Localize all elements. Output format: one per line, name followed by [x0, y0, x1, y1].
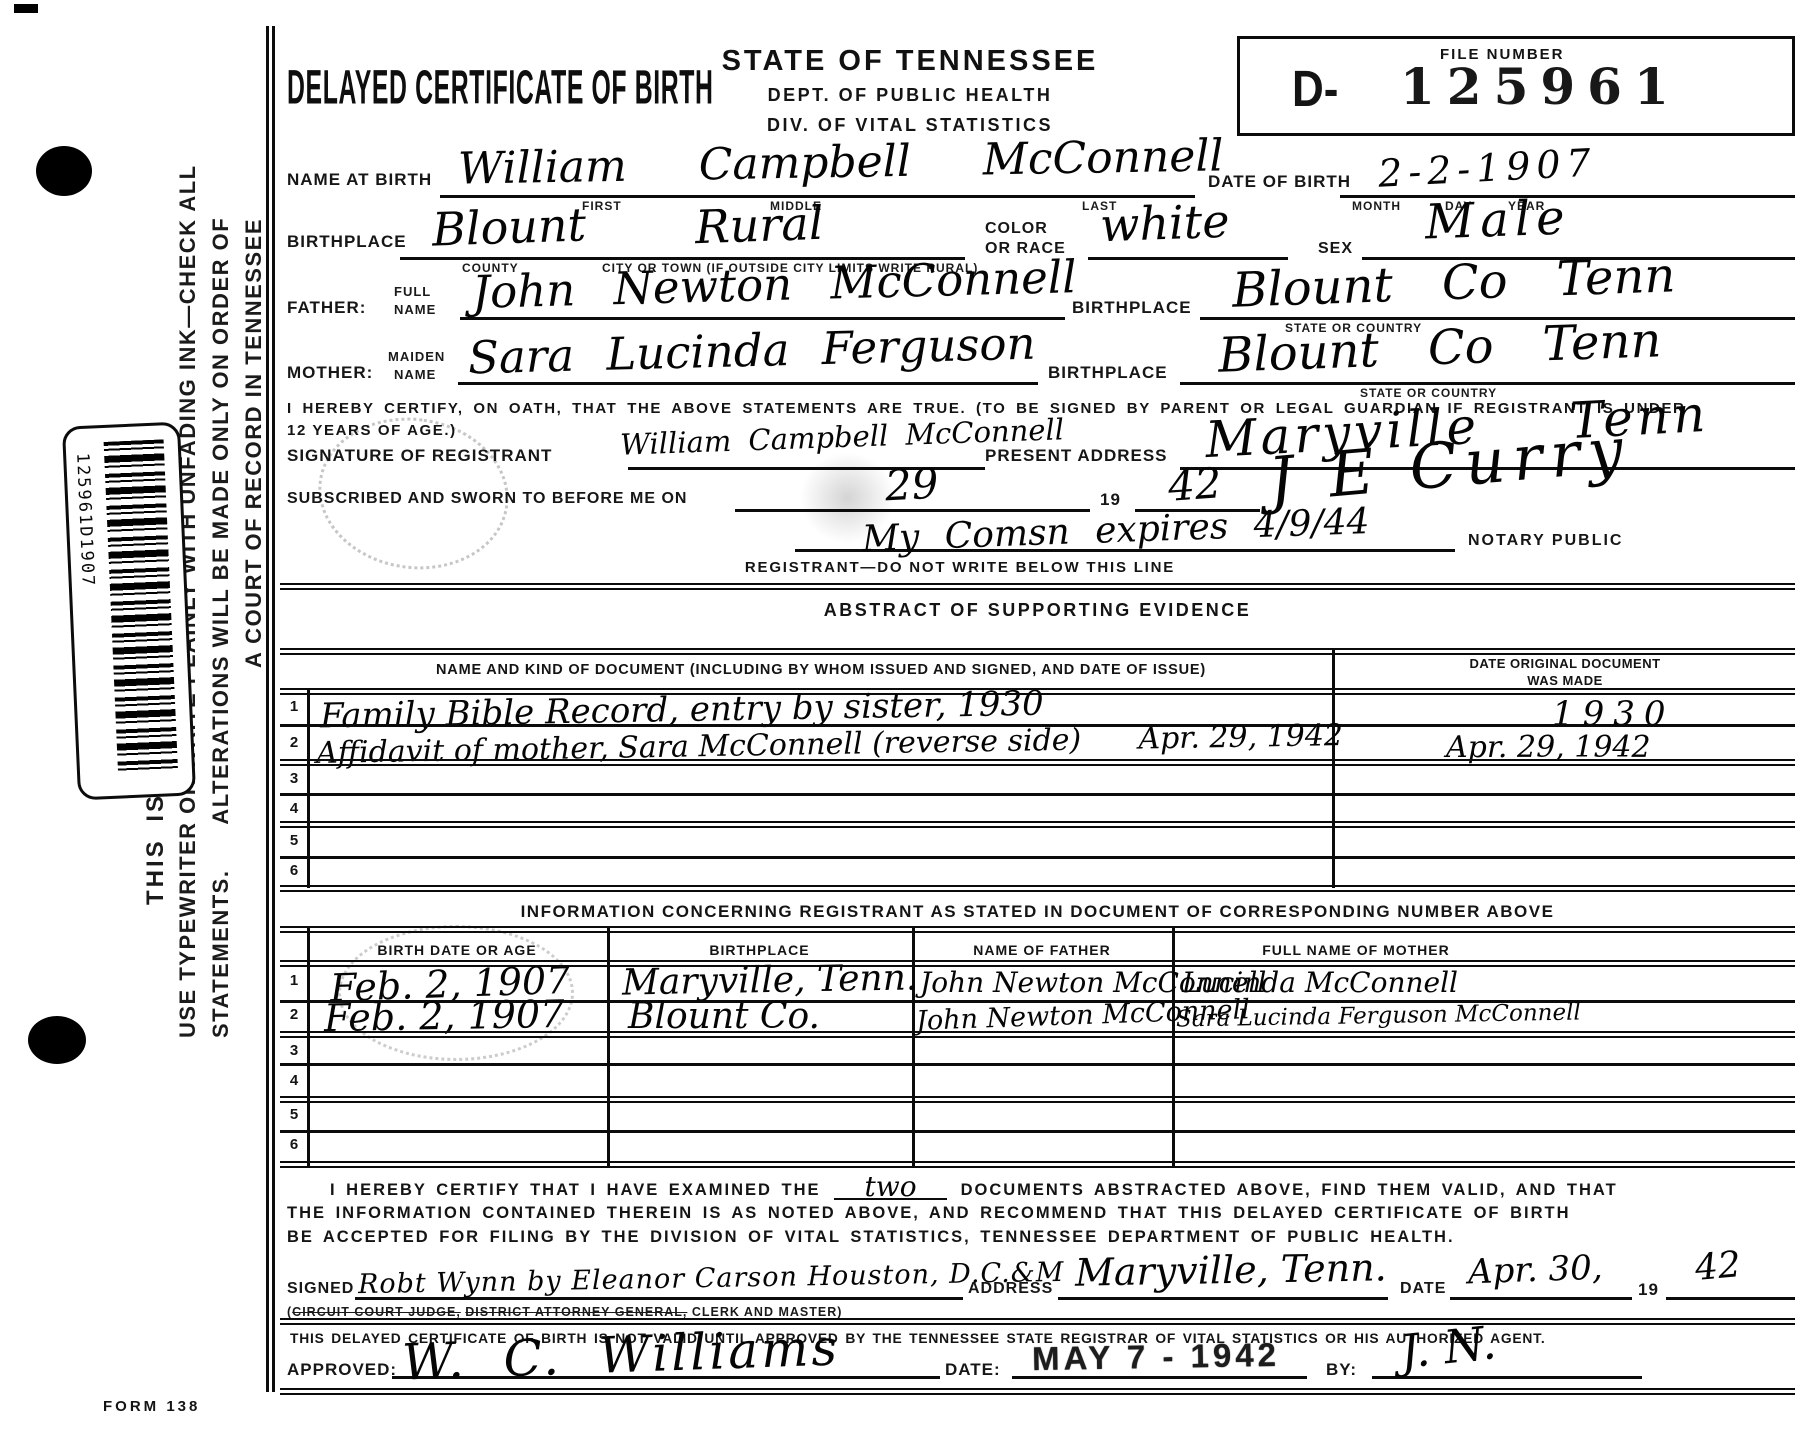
information-title: INFORMATION CONCERNING REGISTRANT AS STA…: [280, 902, 1795, 922]
signed-label: SIGNED: [287, 1280, 354, 1298]
form-number: FORM 138: [103, 1398, 200, 1415]
sworn-label: SUBSCRIBED AND SWORN TO BEFORE ME ON: [287, 490, 687, 508]
margin-note-court-of-record: A COURT OF RECORD IN TENNESSEE: [241, 218, 267, 668]
mother-label: MOTHER:: [287, 363, 373, 383]
approval-date-stamp: MAY 7 - 1942: [1032, 1336, 1281, 1378]
abstract-row-number: 6: [283, 862, 305, 879]
info-col-mother-header: FULL NAME OF MOTHER: [1172, 942, 1540, 958]
examiner-certification-line3: BE ACCEPTED FOR FILING BY THE DIVISION O…: [287, 1228, 1455, 1247]
abstract-row-number: 4: [283, 800, 305, 817]
examiner-certification-line2: THE INFORMATION CONTAINED THEREIN IS AS …: [287, 1204, 1571, 1223]
certification-text-suffix: DOCUMENTS ABSTRACTED ABOVE, FIND THEM VA…: [961, 1181, 1618, 1200]
color-underline: [1088, 257, 1288, 260]
info-row-rule-2: [280, 1031, 1795, 1038]
approved-by-value: J. N.: [1397, 1315, 1498, 1379]
abstract-row-number: 1: [283, 698, 305, 715]
abstract-date-column-header-2: WAS MADE: [1340, 673, 1790, 688]
form-left-border: [266, 26, 275, 1392]
signed-address-label: ADDRESS: [968, 1280, 1053, 1298]
signed-date-value: Apr. 30,: [1467, 1248, 1603, 1293]
present-address-label: PRESENT ADDRESS: [985, 446, 1168, 466]
signed-nineteen-label: 19: [1638, 1280, 1659, 1300]
abstract-row-number: 3: [283, 770, 305, 787]
abstract-date-column-header-1: DATE ORIGINAL DOCUMENT: [1340, 656, 1790, 671]
designation-struck-attorney-general: DISTRICT ATTORNEY GENERAL,: [465, 1305, 687, 1319]
approved-by-label: BY:: [1326, 1360, 1357, 1380]
info-row-rule-5: [280, 1130, 1795, 1133]
department-heading: DEPT. OF PUBLIC HEALTH: [640, 85, 1180, 106]
mother-name-sublabel: NAME: [394, 367, 436, 382]
mother-birthplace-label: BIRTHPLACE: [1048, 363, 1168, 383]
approved-label: APPROVED:: [287, 1360, 397, 1380]
file-number-value: 125961: [1400, 57, 1681, 116]
father-name-sublabel: NAME: [394, 302, 436, 317]
abstract-row-number: 2: [283, 734, 305, 751]
mother-birthplace-value: Blount Co Tenn: [1217, 312, 1662, 383]
father-full-sublabel: FULL: [394, 284, 431, 299]
sworn-day-underline: [735, 509, 1090, 512]
first-sublabel: FIRST: [582, 199, 622, 213]
sex-label: SEX: [1318, 240, 1353, 258]
barcode-bars: [104, 439, 178, 773]
signed-signature-value: Robt Wynn by Eleanor Carson Houston, D.C…: [358, 1257, 1065, 1300]
file-number-box: FILE NUMBER D- 125961: [1237, 36, 1795, 136]
abstract-row-rule-6: [280, 885, 1795, 892]
date-of-birth-label: DATE OF BIRTH: [1208, 172, 1351, 192]
signed-address-underline: [1058, 1297, 1388, 1300]
abstract-row-date: 1930: [1552, 694, 1675, 734]
scan-artifact-mark: [14, 4, 38, 13]
mother-maiden-sublabel: MAIDEN: [388, 349, 445, 364]
info-row-number: 2: [283, 1006, 305, 1023]
documents-count-value: two: [834, 1176, 946, 1200]
color-value: white: [1099, 194, 1230, 252]
hole-punch-mark-top: [36, 146, 92, 196]
approved-signature-value: W. C. Williams: [401, 1318, 841, 1391]
barcode-number: 125961D1907: [72, 452, 98, 587]
oath-text-line2: 12 YEARS OF AGE.): [287, 422, 457, 439]
file-number-prefix: D-: [1292, 61, 1338, 119]
father-birthplace-label: BIRTHPLACE: [1072, 298, 1192, 318]
info-row-mother: Lucinda McConnell: [1182, 966, 1458, 999]
name-at-birth-value: William Campbell McConnell: [458, 130, 1224, 194]
hole-punch-mark-bottom: [28, 1016, 86, 1064]
info-row-number: 5: [283, 1106, 305, 1123]
signature-of-registrant-label: SIGNATURE OF REGISTRANT: [287, 446, 552, 466]
abstract-row-number: 5: [283, 832, 305, 849]
info-col-birth-date-header: BIRTH DATE OR AGE: [307, 942, 607, 958]
do-not-write-notice: REGISTRANT—DO NOT WRITE BELOW THIS LINE: [630, 559, 1290, 576]
signed-designations-note: (CIRCUIT COURT JUDGE, DISTRICT ATTORNEY …: [287, 1305, 842, 1319]
info-row-number: 4: [283, 1072, 305, 1089]
state-heading: STATE OF TENNESSEE: [640, 45, 1180, 78]
margin-note-alterations: STATEMENTS. ALTERATIONS WILL BE MADE ONL…: [208, 217, 234, 1038]
info-col-birthplace-header: BIRTHPLACE: [607, 942, 912, 958]
color-label-line1: COLOR: [985, 220, 1048, 238]
signed-year-underline: [1666, 1297, 1795, 1300]
mother-name-value: Sara Lucinda Ferguson: [467, 317, 1036, 385]
abstract-row-rule-4: [280, 821, 1795, 828]
designation-struck-circuit-judge: CIRCUIT COURT JUDGE,: [292, 1305, 461, 1319]
info-col-father-header: NAME OF FATHER: [912, 942, 1172, 958]
info-row-rule-4: [280, 1096, 1795, 1103]
abstract-row-rule-5: [280, 856, 1795, 859]
notary-public-label: NOTARY PUBLIC: [1468, 532, 1623, 550]
signed-date-label: DATE: [1400, 1280, 1446, 1298]
info-row-rule-6: [280, 1161, 1795, 1168]
signed-year-value: 42: [1693, 1244, 1742, 1289]
sworn-day-value: 29: [884, 459, 940, 511]
bottom-rule: [280, 1388, 1795, 1395]
info-row-number: 1: [283, 972, 305, 989]
sex-value: Male: [1424, 189, 1571, 250]
certification-text-prefix: I HEREBY CERTIFY THAT I HAVE EXAMINED TH…: [330, 1181, 820, 1200]
examiner-certification-line1: I HEREBY CERTIFY THAT I HAVE EXAMINED TH…: [330, 1176, 1618, 1200]
abstract-doc-column-header: NAME AND KIND OF DOCUMENT (INCLUDING BY …: [310, 662, 1332, 678]
name-at-birth-label: NAME AT BIRTH: [287, 170, 432, 190]
info-row-number: 6: [283, 1136, 305, 1153]
scanned-birth-certificate: THIS IS A PERMANENT RECORD USE TYPEWRITE…: [0, 0, 1808, 1430]
approved-date-label: DATE:: [945, 1360, 1001, 1380]
abstract-top-rule: [280, 648, 1795, 655]
father-label: FATHER:: [287, 298, 366, 318]
information-top-rule: [280, 926, 1795, 933]
signed-address-value: Maryville, Tenn.: [1075, 1245, 1387, 1294]
sworn-year-value: 42: [1166, 458, 1223, 511]
sworn-nineteen-label: 19: [1100, 490, 1121, 510]
info-row-rule-3: [280, 1063, 1795, 1066]
father-birthplace-value: Blount Co Tenn: [1231, 247, 1676, 318]
info-row-number: 3: [283, 1042, 305, 1059]
month-sublabel: MONTH: [1352, 199, 1401, 213]
approval-top-rule: [280, 1318, 1795, 1325]
date-of-birth-value: 2-2-1907: [1377, 140, 1598, 195]
abstract-row-rule-3: [280, 793, 1795, 796]
father-name-value: John Newton McConnell: [471, 250, 1077, 319]
designation-clerk-and-master: CLERK AND MASTER): [692, 1305, 843, 1319]
birthplace-city-value: Rural: [694, 196, 824, 254]
abstract-title: ABSTRACT OF SUPPORTING EVIDENCE: [280, 600, 1795, 621]
birthplace-county-value: Blount: [431, 197, 587, 256]
abstract-row-rule-2: [280, 759, 1795, 766]
section-divider-1: [280, 583, 1795, 590]
birthplace-label: BIRTHPLACE: [287, 232, 407, 252]
abstract-date-column-rule: [1332, 650, 1335, 888]
barcode-sticker: 125961D1907: [62, 422, 196, 801]
signed-date-underline: [1450, 1297, 1632, 1300]
